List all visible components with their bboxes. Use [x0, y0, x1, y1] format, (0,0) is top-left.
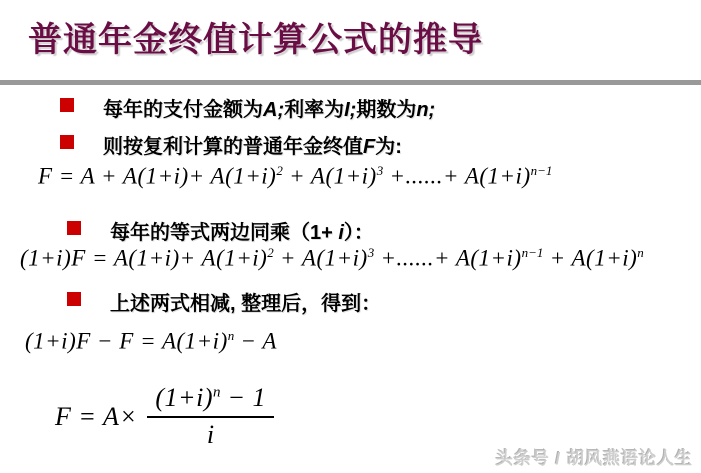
formula-final-left: F = A×	[55, 402, 137, 432]
watermark: 头条号 / 胡风燕语论人生	[496, 444, 693, 469]
formula-future-value-series: F = A + A(1+i)+ A(1+i)2 + A(1+i)3 +.....…	[38, 163, 552, 190]
bullet-row-subtract: 上述两式相减, 整理后，得到：	[67, 287, 381, 316]
title-divider-rule	[0, 80, 701, 85]
bullet-square-icon	[67, 292, 81, 306]
bullet-text-compound: 则按复利计算的普通年金终值F为:	[103, 130, 402, 159]
bullet-text-multiply: 每年的等式两边同乘（1+ i）：	[110, 216, 374, 245]
bullet-row-multiply: 每年的等式两边同乘（1+ i）：	[67, 216, 374, 245]
fraction-denominator: i	[147, 418, 274, 450]
formula-difference: (1+i)F − F = A(1+i)n − A	[25, 328, 277, 355]
formula-final-result: F = A× (1+i)n − 1 i	[55, 383, 274, 450]
bullet-square-icon	[60, 135, 74, 149]
bullet-square-icon	[67, 221, 81, 235]
bullet-row-payment: 每年的支付金额为A;利率为I;期数为n;	[60, 93, 435, 122]
slide: 普通年金终值计算公式的推导 每年的支付金额为A;利率为I;期数为n; 则按复利计…	[0, 0, 701, 473]
bullet-text-subtract: 上述两式相减, 整理后，得到：	[110, 287, 381, 316]
bullet-text-payment: 每年的支付金额为A;利率为I;期数为n;	[103, 93, 435, 122]
bullet-row-compound: 则按复利计算的普通年金终值F为:	[60, 130, 402, 159]
bullet-square-icon	[60, 98, 74, 112]
slide-title: 普通年金终值计算公式的推导	[28, 12, 483, 61]
formula-multiplied-series: (1+i)F = A(1+i)+ A(1+i)2 + A(1+i)3 +....…	[20, 245, 644, 272]
fraction: (1+i)n − 1 i	[147, 383, 274, 450]
fraction-numerator: (1+i)n − 1	[147, 383, 274, 418]
